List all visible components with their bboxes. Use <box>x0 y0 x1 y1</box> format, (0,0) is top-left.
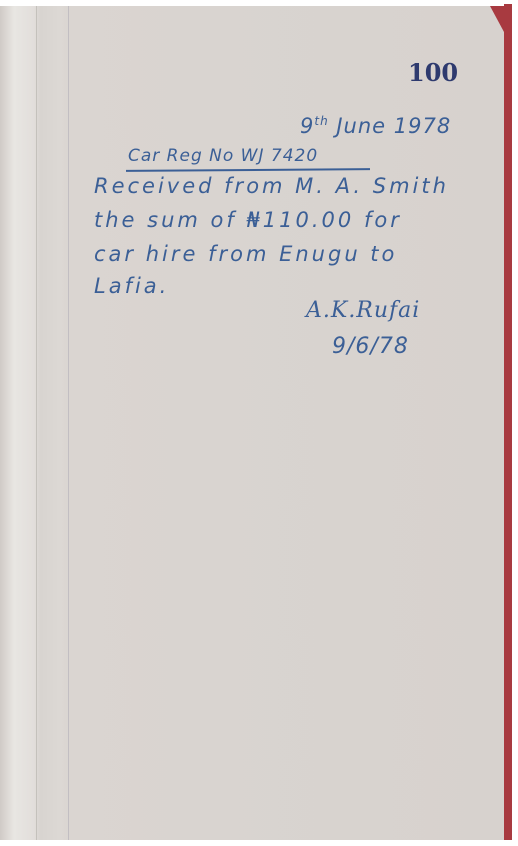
binding-fold <box>36 6 37 840</box>
car-registration: Car Reg No WJ 7420 <box>128 146 318 166</box>
receipt-line: car hire from Enugu to <box>94 242 397 266</box>
date-suffix: th <box>314 114 328 128</box>
signature: A.K.Rufai <box>306 298 420 323</box>
date-day: 9 <box>300 114 314 138</box>
receipt-date: 9th June 1978 <box>300 114 451 138</box>
page-number: 100 <box>408 58 458 87</box>
receipt-page: 100 9th June 1978 Car Reg No WJ 7420 Rec… <box>0 6 506 840</box>
date-rest: June 1978 <box>329 114 452 138</box>
red-page-edge <box>504 4 512 840</box>
registration-underline <box>126 168 370 171</box>
binding-fold <box>68 6 69 840</box>
receipt-line: Received from M. A. Smith <box>94 174 449 198</box>
signature-date: 9/6/78 <box>332 334 409 359</box>
receipt-line: the sum of ₦110.00 for <box>94 208 402 232</box>
receipt-line: Lafia. <box>94 274 169 298</box>
red-corner <box>490 6 504 32</box>
